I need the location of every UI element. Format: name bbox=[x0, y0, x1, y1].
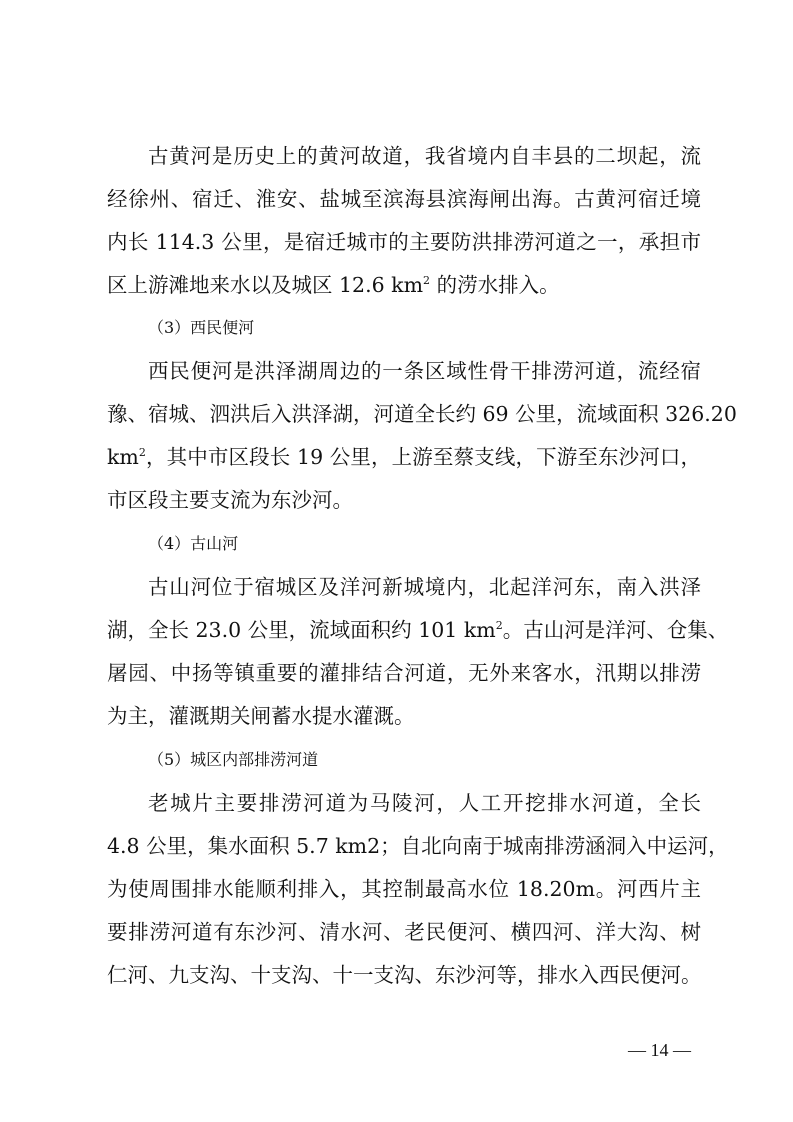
paragraph-line: 老城片主要排涝河道为马陵河，人工开挖排水河道，全长 bbox=[148, 788, 701, 818]
paragraph-line: 豫、宿城、泗洪后入洪泽湖，河道全长约 69 公里，流域面积 326.20 bbox=[107, 399, 701, 429]
paragraph-line: km2，其中市区段长 19 公里，上游至蔡支线，下游至东沙河口， bbox=[107, 442, 701, 472]
section-heading-3: （3）西民便河 bbox=[148, 316, 254, 340]
paragraph-line: 湖，全长 23.0 公里，流域面积约 101 km2。古山河是洋河、仓集、 bbox=[107, 615, 701, 645]
section-heading-5: （5）城区内部排涝河道 bbox=[148, 748, 318, 772]
paragraph-line: 屠园、中扬等镇重要的灌排结合河道，无外来客水，汛期以排涝 bbox=[107, 658, 701, 688]
paragraph-line: 4.8 公里，集水面积 5.7 km2；自北向南于城南排涝涵洞入中运河， bbox=[107, 831, 701, 861]
paragraph-line: 内长 114.3 公里，是宿迁城市的主要防洪排涝河道之一，承担市 bbox=[107, 227, 701, 257]
paragraph-line: 为使周围排水能顺利排入，其控制最高水位 18.20m。河西片主 bbox=[107, 874, 701, 904]
paragraph-line: 为主，灌溉期关闸蓄水提水灌溉。 bbox=[107, 701, 701, 731]
paragraph-line: 经徐州、宿迁、淮安、盐城至滨海县滨海闸出海。古黄河宿迁境 bbox=[107, 184, 701, 214]
document-page: 古黄河是历史上的黄河故道，我省境内自丰县的二坝起，流 经徐州、宿迁、淮安、盐城至… bbox=[0, 0, 793, 1122]
paragraph-line: 要排涝河道有东沙河、清水河、老民便河、横四河、洋大沟、树 bbox=[107, 917, 701, 947]
paragraph-line: 市区段主要支流为东沙河。 bbox=[107, 485, 701, 515]
paragraph-line: 古山河位于宿城区及洋河新城境内，北起洋河东，南入洪泽 bbox=[148, 572, 701, 602]
section-heading-4: （4）古山河 bbox=[148, 532, 238, 556]
paragraph-line: 区上游滩地来水以及城区 12.6 km2 的涝水排入。 bbox=[107, 270, 701, 300]
page-number: — 14 — bbox=[628, 1040, 691, 1061]
paragraph-line: 古黄河是历史上的黄河故道，我省境内自丰县的二坝起，流 bbox=[148, 141, 701, 171]
paragraph-line: 仁河、九支沟、十支沟、十一支沟、东沙河等，排水入西民便河。 bbox=[107, 960, 701, 990]
paragraph-line: 西民便河是洪泽湖周边的一条区域性骨干排涝河道，流经宿 bbox=[148, 356, 701, 386]
